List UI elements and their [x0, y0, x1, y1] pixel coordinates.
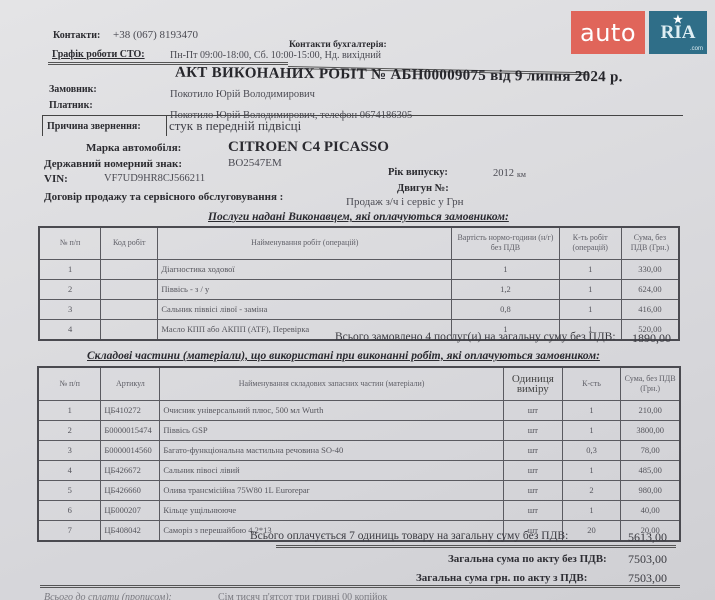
parts-header-row: № п/п Артикул Найменування складових зап… [38, 367, 680, 400]
plate-label: Державний номерний знак: [44, 158, 182, 170]
part-qty: 20 [562, 520, 621, 541]
part-name: Очисник універсальний плюс, 500 мл Wurth [160, 400, 504, 420]
part-unit: шт [503, 420, 562, 440]
contacts-label: Контакти: [53, 30, 100, 41]
year-label: Рік випуску: [388, 167, 448, 178]
reason-label: Причина звернення: [47, 121, 141, 132]
col-unit: Одиниця виміру [503, 367, 562, 400]
part-qty: 1 [562, 460, 621, 480]
part-name: Піввісь GSP [160, 420, 504, 440]
divider [276, 545, 676, 548]
work-qty: 1 [559, 259, 621, 279]
plate-value: BO2547EM [228, 157, 282, 169]
work-code [101, 259, 158, 279]
vin-label: VIN: [44, 173, 68, 185]
parts-total-value: 5613,00 [628, 530, 667, 545]
part-sum: 40,00 [621, 500, 680, 520]
total-with-vat-label: Загальна сума грн. по акту з ПДВ: [416, 572, 587, 584]
col-name: Найменування робіт (операцій) [158, 227, 452, 259]
autoria-logo: auto ★ RIA .com [571, 11, 707, 54]
col-number: № п/п [38, 367, 101, 400]
amount-in-words-label: Всього до сплати (прописом): [44, 592, 172, 600]
part-qty: 1 [562, 400, 621, 420]
reason-value: стук в передній підвісці [169, 118, 301, 134]
row-number: 4 [38, 460, 101, 480]
part-name: Багато-функціональна мастильна речовина … [160, 440, 504, 460]
services-total-value: 1890,00 [632, 331, 671, 346]
star-icon: ★ [673, 13, 683, 26]
work-code [101, 299, 158, 319]
row-number: 4 [39, 319, 101, 340]
table-row: 3Б0000014560Багато-функціональна мастиль… [38, 440, 680, 460]
table-row: 4ЦБ426672Сальник півосі лівийшт1485,00 [38, 460, 680, 480]
row-number: 1 [38, 400, 101, 420]
customer-label: Замовник: [49, 84, 97, 95]
part-unit: шт [503, 440, 562, 460]
make-label: Марка автомобіля: [86, 142, 181, 154]
row-number: 7 [38, 520, 101, 541]
work-qty: 1 [559, 279, 621, 299]
row-number: 3 [39, 299, 101, 319]
contract-value: Продаж з/ч і сервіс у Грн [346, 196, 464, 208]
part-name: Олива трансмісійна 75W80 1L Eurorepar [160, 480, 504, 500]
col-sum: Сума, без ПДВ (Грн.) [621, 227, 679, 259]
divider [40, 585, 680, 588]
work-sum: 624,00 [621, 279, 679, 299]
parts-table: № п/п Артикул Найменування складових зап… [37, 366, 681, 542]
col-number: № п/п [39, 227, 101, 259]
logo-auto: auto [571, 11, 645, 54]
document-title: АКТ ВИКОНАНИХ РОБІТ № АБН00009075 від 9 … [175, 65, 623, 87]
part-name: Сальник півосі лівий [160, 460, 504, 480]
accounting-contacts-label: Контакти бухгалтерія: [289, 40, 387, 50]
schedule-value: Пн-Пт 09:00-18:00, Сб. 10:00-15:00, Нд. … [170, 50, 381, 61]
services-caption: Послуги надані Виконавцем, які оплачують… [208, 211, 509, 223]
work-code [101, 319, 158, 340]
part-sku: ЦБ426672 [101, 460, 160, 480]
part-qty: 1 [562, 420, 621, 440]
make-value: CITROEN C4 PICASSO [228, 139, 389, 156]
row-number: 3 [38, 440, 101, 460]
part-qty: 1 [562, 500, 621, 520]
col-code: Код робіт [101, 227, 158, 259]
logo-ria: ★ RIA .com [649, 11, 707, 54]
part-unit: шт [503, 500, 562, 520]
hour-rate: 1 [452, 259, 559, 279]
vin-value: VF7UD9HR8CJ566211 [104, 173, 205, 184]
col-sum: Сума, без ПДВ (Грн.) [621, 367, 680, 400]
engine-label: Двигун №: [397, 183, 449, 194]
work-sum: 416,00 [621, 299, 679, 319]
table-row: 3Сальник піввісі лівої - заміна0,81416,0… [39, 299, 679, 319]
table-row: 5ЦБ426660Олива трансмісійна 75W80 1L Eur… [38, 480, 680, 500]
part-qty: 2 [562, 480, 621, 500]
schedule-label: Графік роботи СТО: [52, 49, 145, 60]
col-qty: К-сть [562, 367, 621, 400]
work-sum: 330,00 [621, 259, 679, 279]
part-sku: ЦБ000207 [101, 500, 160, 520]
part-sum: 78,00 [621, 440, 680, 460]
total-no-vat-value: 7503,00 [628, 552, 667, 567]
parts-caption: Складові частини (матеріали), що викорис… [87, 350, 600, 362]
services-header-row: № п/п Код робіт Найменування робіт (опер… [39, 227, 679, 259]
part-sku: Б0000015474 [101, 420, 160, 440]
row-number: 1 [39, 259, 101, 279]
part-sum: 210,00 [621, 400, 680, 420]
km-label: км [517, 170, 526, 179]
payer-label: Платник: [49, 100, 93, 111]
customer-value: Покотило Юрій Володимирович [170, 89, 315, 100]
table-row: 2Б0000015474Піввісь GSPшт13800,00 [38, 420, 680, 440]
work-name: Піввісь - з / у [158, 279, 452, 299]
logo-ria-suffix: .com [690, 46, 703, 52]
row-number: 2 [38, 420, 101, 440]
services-table: № п/п Код робіт Найменування робіт (опер… [38, 226, 680, 341]
part-sku: ЦБ410272 [101, 400, 160, 420]
col-part-name: Найменування складових запасних частин (… [160, 367, 504, 400]
col-rate: Вартість нормо-години (н/г) без ПДВ [452, 227, 559, 259]
table-row: 2Піввісь - з / у1,21624,00 [39, 279, 679, 299]
part-sum: 485,00 [621, 460, 680, 480]
contract-label: Договір продажу та сервісного обслуговув… [44, 191, 283, 203]
total-with-vat-value: 7503,00 [628, 571, 667, 586]
contacts-value: +38 (067) 8193470 [113, 29, 198, 41]
part-sku: Б0000014560 [101, 440, 160, 460]
services-total-text: Всього замовлено 4 послуг(и) на загальну… [335, 331, 616, 343]
work-name: Сальник піввісі лівої - заміна [158, 299, 452, 319]
work-code [101, 279, 158, 299]
col-sku: Артикул [101, 367, 160, 400]
table-row: 1ЦБ410272Очисник універсальний плюс, 500… [38, 400, 680, 420]
col-qty: К-ть робіт (операцій) [559, 227, 621, 259]
year-value: 2012 [493, 168, 514, 179]
hour-rate: 0,8 [452, 299, 559, 319]
table-row: 1Діагностика ходової11330,00 [39, 259, 679, 279]
part-sku: ЦБ408042 [101, 520, 160, 541]
part-name: Кільце ущільнююче [160, 500, 504, 520]
part-unit: шт [503, 480, 562, 500]
part-sum: 980,00 [621, 480, 680, 500]
row-number: 2 [39, 279, 101, 299]
parts-total-text: Всього оплачується 7 одиниць товару на з… [250, 530, 568, 542]
amount-in-words-value: Сім тисяч п'ятсот три гривні 00 копійок [218, 592, 387, 600]
part-sku: ЦБ426660 [101, 480, 160, 500]
hour-rate: 1,2 [452, 279, 559, 299]
part-sum: 3800,00 [621, 420, 680, 440]
part-unit: шт [503, 460, 562, 480]
part-unit: шт [503, 400, 562, 420]
row-number: 5 [38, 480, 101, 500]
row-number: 6 [38, 500, 101, 520]
work-name: Діагностика ходової [158, 259, 452, 279]
part-qty: 0,3 [562, 440, 621, 460]
table-row: 6ЦБ000207Кільце ущільнюючешт140,00 [38, 500, 680, 520]
total-no-vat-label: Загальна сума по акту без ПДВ: [448, 553, 607, 565]
work-qty: 1 [559, 299, 621, 319]
